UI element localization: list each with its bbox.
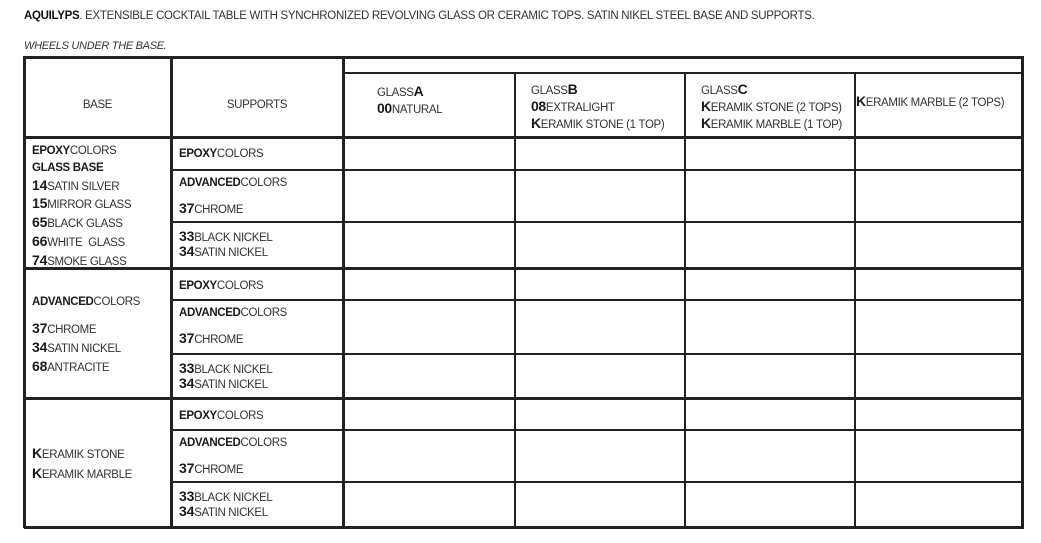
- support-nickel-options: 33BLACK NICKEL34SATIN NICKEL: [179, 490, 272, 520]
- selection-cell: [687, 270, 853, 298]
- row-divider: [171, 481, 1022, 483]
- header-supports: SUPPORTS: [171, 97, 343, 113]
- selection-cell: [345, 270, 513, 298]
- column-divider: [170, 57, 173, 527]
- selection-cell: [345, 172, 513, 220]
- selection-cell: [687, 224, 853, 266]
- selection-cell: [687, 356, 853, 396]
- selection-cell: [517, 224, 683, 266]
- selection-cell: [345, 302, 513, 352]
- header-base: BASE: [24, 97, 171, 113]
- row-divider: [171, 429, 1022, 431]
- row-divider: [171, 353, 1022, 355]
- header-top-option-3: GLASSCKERAMIK STONE (2 TOPS)KERAMIK MARB…: [701, 82, 842, 133]
- table-bottom-border: [24, 526, 1024, 529]
- selection-cell: [857, 400, 1020, 428]
- base-option-keramik: KERAMIK STONEKERAMIK MARBLE: [32, 444, 132, 484]
- selection-cell: [857, 302, 1020, 352]
- selection-cell: [517, 356, 683, 396]
- support-advanced-colors: ADVANCEDCOLORS: [179, 305, 287, 321]
- selection-cell: [345, 139, 513, 168]
- base-option-epoxy: EPOXYCOLORSGLASS BASE14SATIN SILVER15MIR…: [32, 143, 131, 271]
- base-option-advanced-title: ADVANCEDCOLORS: [32, 294, 140, 310]
- selection-cell: [857, 356, 1020, 396]
- header-top-option-2: GLASSB08EXTRALIGHTKERAMIK STONE (1 TOP): [531, 82, 664, 133]
- support-epoxy-colors: EPOXYCOLORS: [179, 146, 263, 162]
- selection-cell: [345, 432, 513, 480]
- selection-cell: [345, 356, 513, 396]
- selection-cell: [857, 270, 1020, 298]
- selection-cell: [345, 484, 513, 525]
- support-advanced-colors: ADVANCEDCOLORS: [179, 175, 287, 191]
- selection-cell: [345, 224, 513, 266]
- table-left-border: [23, 56, 26, 528]
- wheels-note: WHEELS UNDER THE BASE.: [24, 40, 167, 52]
- support-chrome: 37CHROME: [179, 460, 243, 478]
- selection-cell: [517, 270, 683, 298]
- selection-cell: [857, 484, 1020, 525]
- selection-cell: [517, 139, 683, 168]
- selection-cell: [517, 484, 683, 525]
- table-top-border: [24, 56, 1024, 59]
- selection-cell: [687, 432, 853, 480]
- selection-cell: [687, 400, 853, 428]
- selection-cell: [687, 139, 853, 168]
- support-advanced-colors: ADVANCEDCOLORS: [179, 435, 287, 451]
- selection-cell: [857, 224, 1020, 266]
- support-epoxy-colors: EPOXYCOLORS: [179, 408, 263, 424]
- header-subrow-rule: [343, 72, 1022, 74]
- row-divider: [171, 299, 1022, 301]
- selection-cell: [687, 484, 853, 525]
- selection-cell: [517, 172, 683, 220]
- brand-name: AQUILYPS: [24, 10, 79, 22]
- intro-description: . EXTENSIBLE COCKTAIL TABLE WITH SYNCHRO…: [79, 10, 814, 22]
- selection-cell: [857, 432, 1020, 480]
- selection-cell: [687, 172, 853, 220]
- support-epoxy-colors: EPOXYCOLORS: [179, 278, 263, 294]
- table-right-border: [1021, 56, 1024, 528]
- header-top-option-4: KERAMIK MARBLE (2 TOPS): [856, 94, 1004, 111]
- selection-cell: [517, 432, 683, 480]
- support-chrome: 37CHROME: [179, 200, 243, 218]
- selection-cell: [857, 172, 1020, 220]
- intro-text: AQUILYPS. EXTENSIBLE COCKTAIL TABLE WITH…: [24, 10, 814, 22]
- selection-cell: [345, 400, 513, 428]
- support-nickel-options: 33BLACK NICKEL34SATIN NICKEL: [179, 230, 272, 260]
- row-divider: [171, 221, 1022, 223]
- selection-cell: [517, 302, 683, 352]
- header-top-option-1: GLASSA00NATURAL: [377, 84, 442, 118]
- base-option-advanced-items: 37CHROME34SATIN NICKEL68ANTRACITE: [32, 320, 121, 377]
- selection-cell: [857, 139, 1020, 168]
- selection-cell: [687, 302, 853, 352]
- support-chrome: 37CHROME: [179, 330, 243, 348]
- selection-cell: [517, 400, 683, 428]
- support-nickel-options: 33BLACK NICKEL34SATIN NICKEL: [179, 362, 272, 392]
- row-divider: [171, 169, 1022, 171]
